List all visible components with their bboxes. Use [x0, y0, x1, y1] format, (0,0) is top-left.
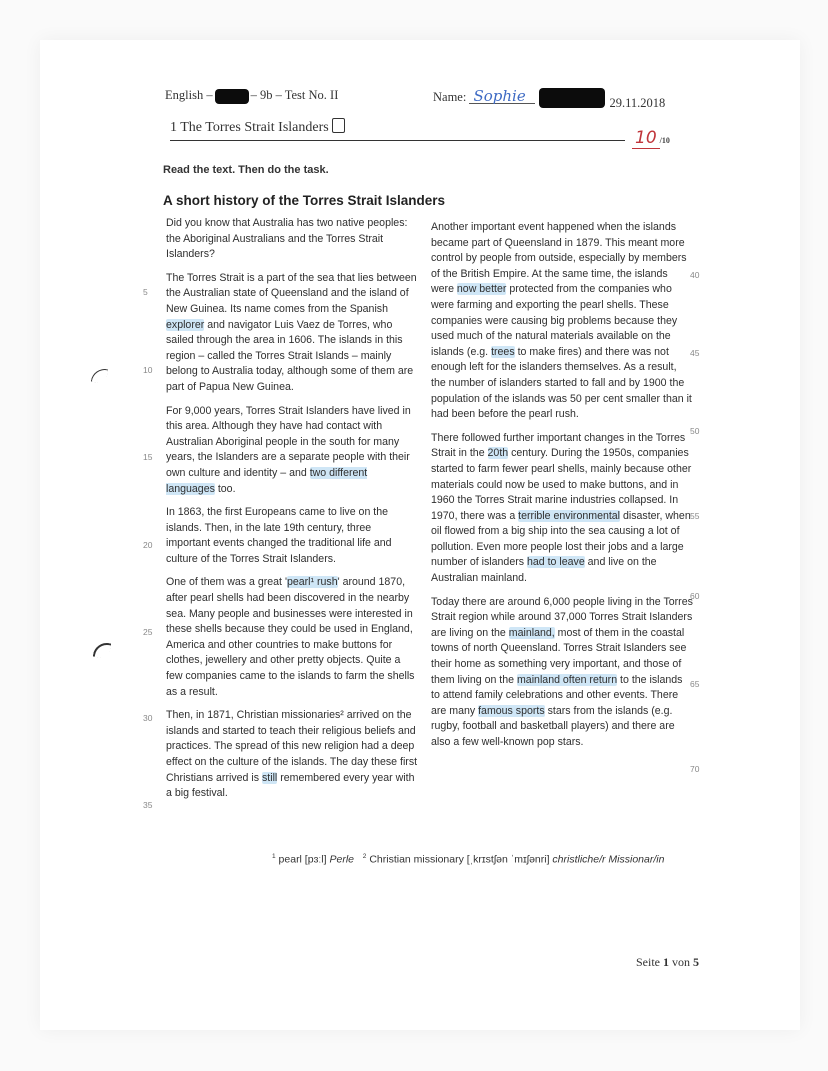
line-number: 50 — [690, 426, 699, 436]
footnote-word: Christian missionary [ˌkrɪstʃən ˈmɪʃənri… — [369, 854, 549, 866]
text-run: For 9,000 years, Torres Strait Islanders… — [166, 405, 411, 479]
score-value: 10 — [632, 128, 660, 149]
article-paragraph: One of them was a great 'pearl¹ rush' ar… — [166, 575, 418, 700]
text-run: One of them was a great ' — [166, 576, 287, 588]
task-title-row: 1 The Torres Strait Islanders — [170, 118, 625, 141]
article-paragraph: There followed further important changes… — [431, 431, 693, 587]
line-number: 15 — [143, 452, 152, 462]
instruction: Read the text. Then do the task. — [163, 164, 329, 176]
highlighted-text: mainland, — [509, 627, 555, 639]
article-paragraph: Did you know that Australia has two nati… — [166, 216, 418, 263]
student-name: Sophie — [469, 89, 535, 104]
redacted-block — [215, 89, 249, 104]
highlighted-text: explorer — [166, 319, 204, 331]
article-paragraph: For 9,000 years, Torres Strait Islanders… — [166, 404, 418, 498]
highlighted-text: now better — [457, 283, 506, 295]
line-number: 70 — [690, 764, 699, 774]
text-run: In 1863, the first Europeans came to liv… — [166, 506, 392, 565]
line-number: 40 — [690, 270, 699, 280]
score: 10/10 — [632, 128, 670, 148]
footnote-translation: Perle — [329, 854, 354, 866]
line-number: 20 — [143, 540, 152, 550]
course-header: English –– 9b – Test No. II — [165, 88, 338, 104]
line-number: 55 — [690, 511, 699, 521]
text-run: ' around 1870, after pearl shells had be… — [166, 576, 414, 697]
course-suffix: – 9b – Test No. II — [251, 88, 339, 102]
highlighted-text: 20th — [488, 447, 509, 459]
article-paragraph: Then, in 1871, Christian missionaries² a… — [166, 708, 418, 802]
text-run: and navigator Luis Vaez de Torres, who s… — [166, 319, 413, 393]
name-field: Name: Sophie29.11.2018 — [433, 88, 665, 111]
highlighted-text: mainland often return — [517, 674, 617, 686]
footnote-word: pearl [pɜːl] — [279, 854, 327, 866]
line-number: 5 — [143, 287, 148, 297]
text-run: The Torres Strait is a part of the sea t… — [166, 272, 417, 315]
article-column-left: Did you know that Australia has two nati… — [166, 216, 418, 810]
name-label: Name: — [433, 90, 466, 104]
footnotes: 1 pearl [pɜːl] Perle 2 Christian mission… — [272, 853, 664, 866]
line-number: 35 — [143, 800, 152, 810]
redacted-surname — [539, 88, 605, 108]
footnote-marker: 1 — [272, 853, 276, 860]
page-total: 5 — [693, 955, 699, 969]
article-paragraph: In 1863, the first Europeans came to liv… — [166, 505, 418, 567]
page-mid: von — [672, 955, 690, 969]
checkbox-icon — [332, 118, 345, 133]
line-number: 60 — [690, 591, 699, 601]
footnote-marker: 2 — [363, 853, 367, 860]
line-number: 10 — [143, 365, 152, 375]
article-column-right: Another important event happened when th… — [431, 220, 693, 759]
course-prefix: English – — [165, 88, 213, 102]
article-title: A short history of the Torres Strait Isl… — [163, 193, 445, 208]
page-prefix: Seite — [636, 955, 660, 969]
article-paragraph: Today there are around 6,000 people livi… — [431, 595, 693, 751]
page-number: Seite 1 von 5 — [636, 955, 699, 970]
line-number: 45 — [690, 348, 699, 358]
highlighted-text: terrible environmental — [518, 510, 620, 522]
line-number: 30 — [143, 713, 152, 723]
article-paragraph: Another important event happened when th… — [431, 220, 693, 423]
highlighted-text: had to leave — [527, 556, 585, 568]
text-run: Did you know that Australia has two nati… — [166, 217, 407, 260]
article-paragraph: The Torres Strait is a part of the sea t… — [166, 271, 418, 396]
highlighted-text: trees — [491, 346, 515, 358]
score-max: /10 — [660, 136, 670, 145]
page-current: 1 — [663, 955, 669, 969]
footnote-translation: christliche/r Missionar/in — [552, 854, 664, 866]
highlighted-text: pearl¹ rush — [287, 576, 338, 588]
line-number: 25 — [143, 627, 152, 637]
task-title: 1 The Torres Strait Islanders — [170, 120, 329, 135]
test-date: 29.11.2018 — [609, 96, 665, 110]
highlighted-text: famous sports — [478, 705, 545, 717]
text-run: too. — [215, 483, 236, 495]
highlighted-text: still — [262, 772, 277, 784]
line-number: 65 — [690, 679, 699, 689]
